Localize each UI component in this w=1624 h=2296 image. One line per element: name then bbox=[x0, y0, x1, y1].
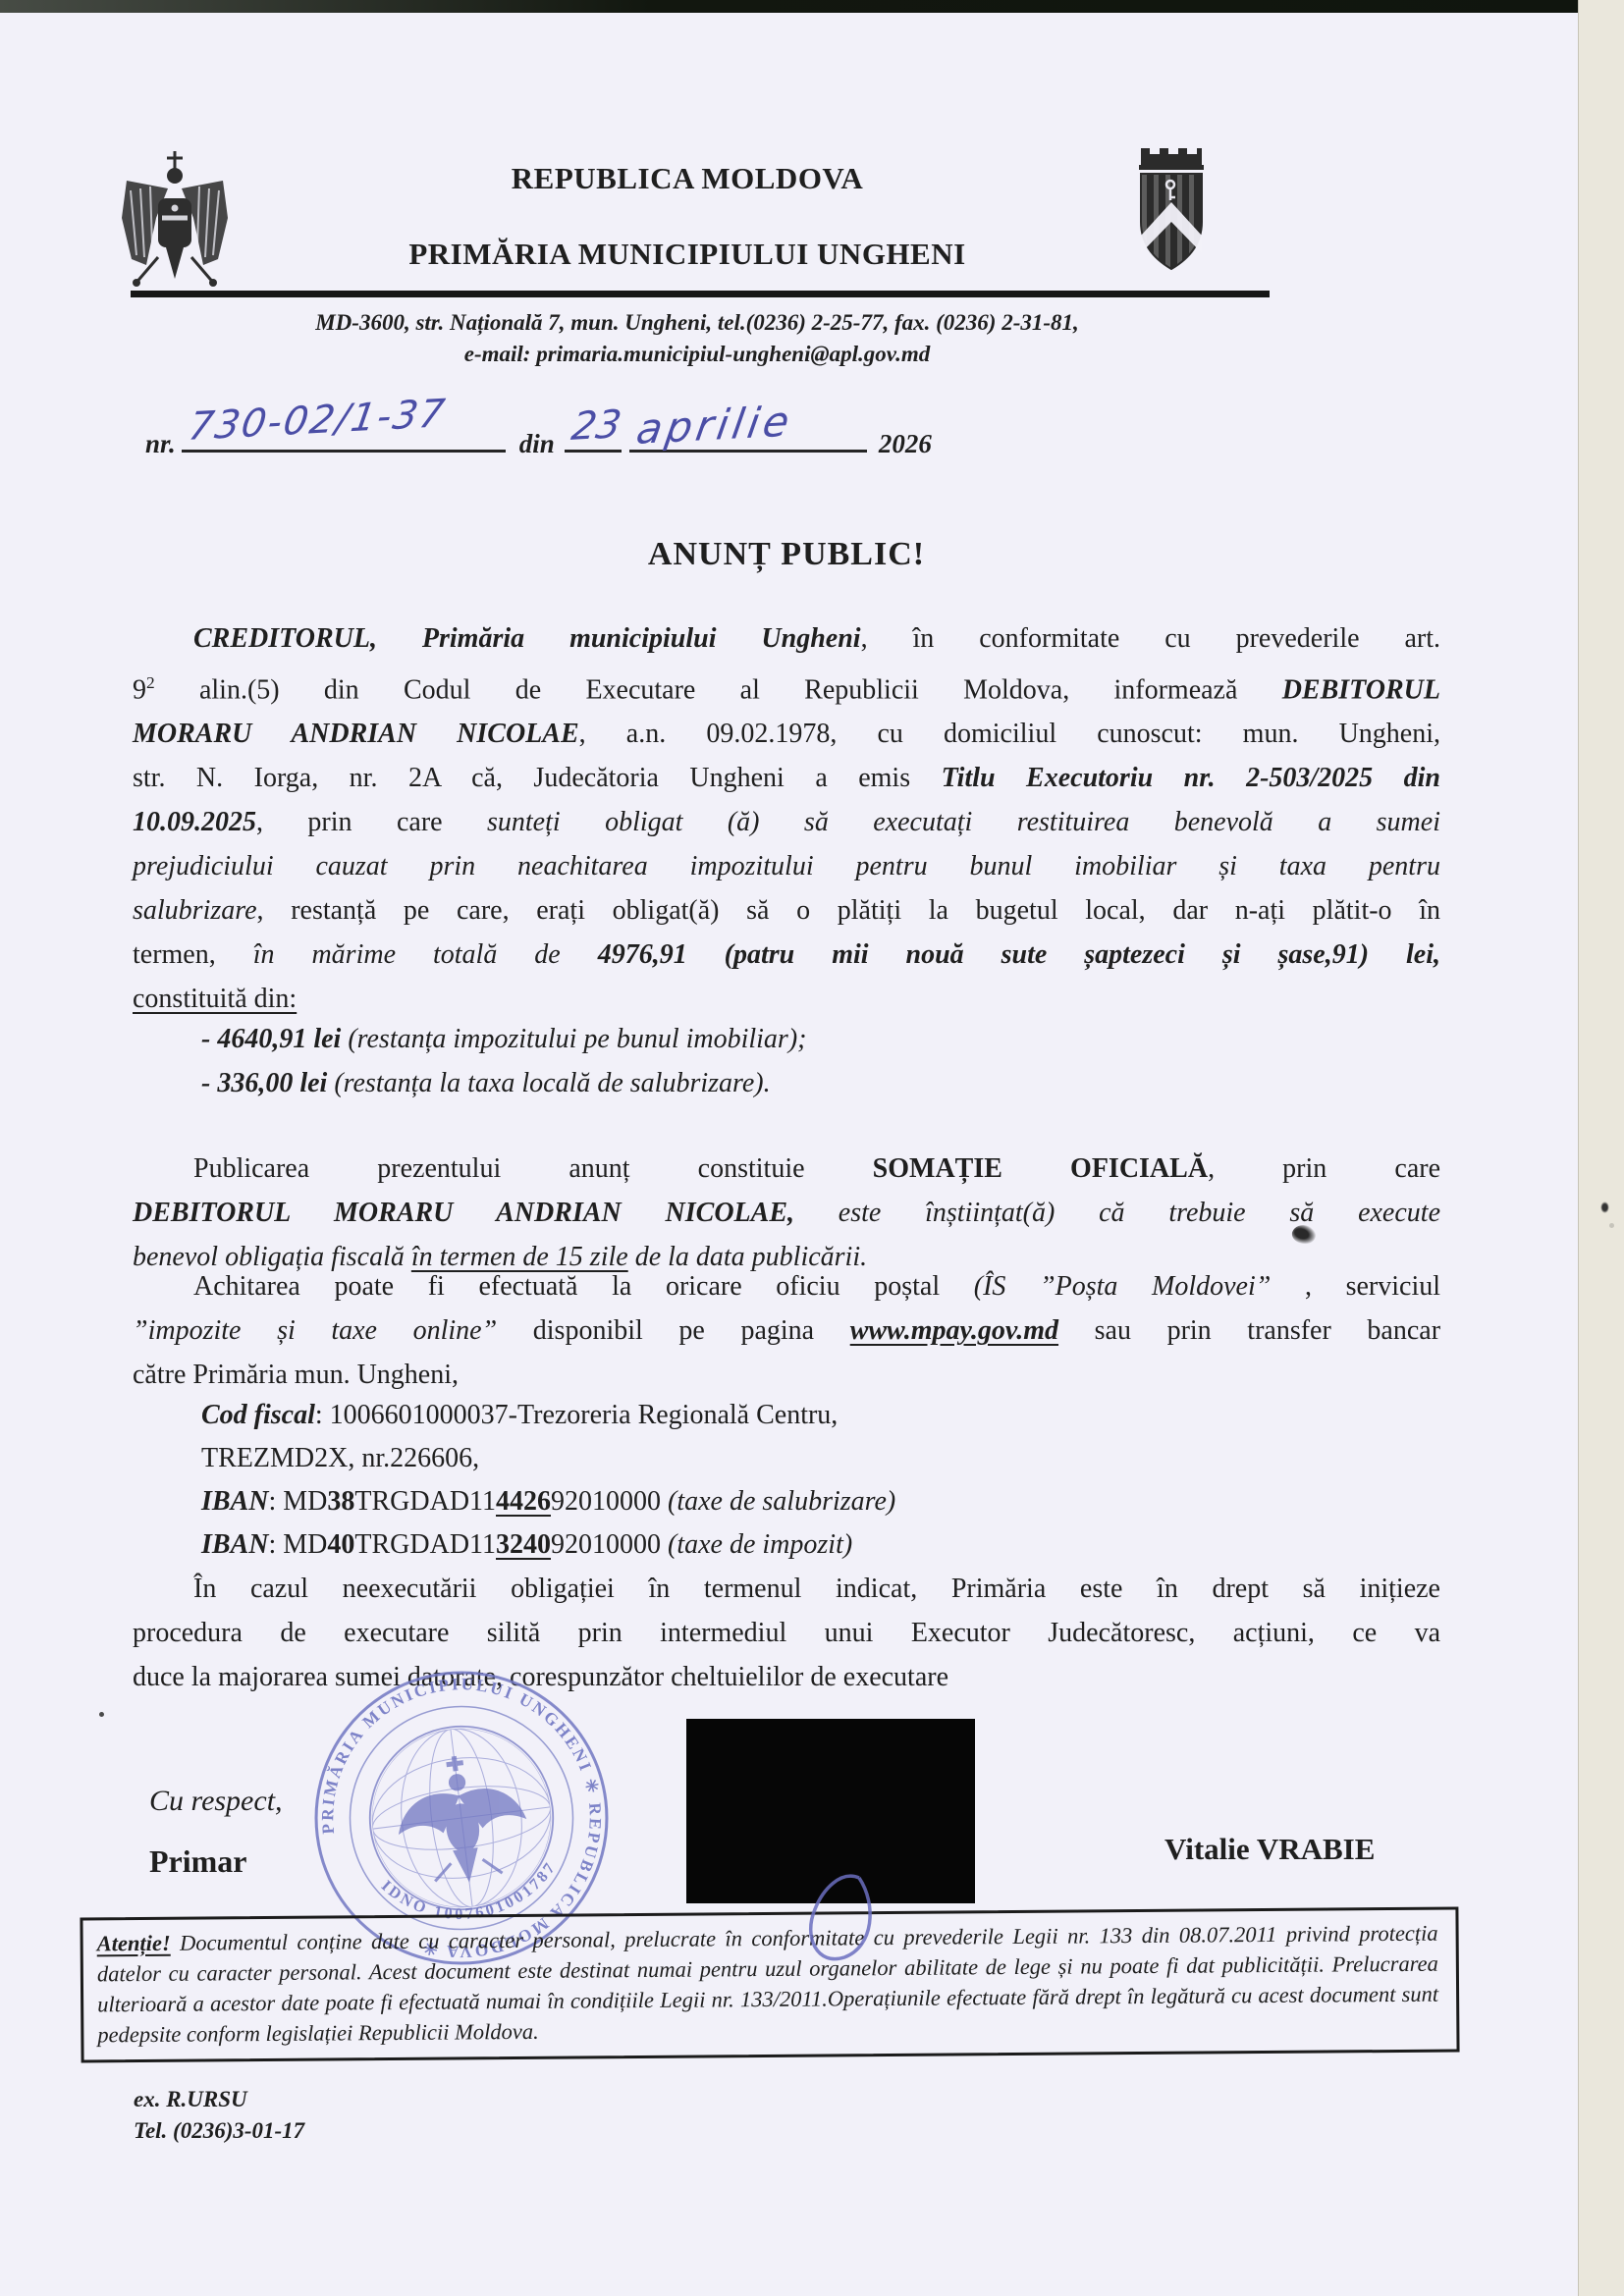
text-line: 10.09.2025, prin care sunteți obligat (ă… bbox=[133, 800, 1440, 844]
handwritten-day: 23 bbox=[568, 402, 624, 450]
text-line: IBAN: MD40TRGDAD11324092010000 (taxe de … bbox=[201, 1523, 1438, 1567]
letterhead: REPUBLICA MOLDOVA PRIMĂRIA MUNICIPIULUI … bbox=[236, 161, 1139, 272]
nr-blank-underline: 730-02/1-37 bbox=[182, 412, 506, 453]
text-line: salubrizare, restanță pe care, erați obl… bbox=[133, 888, 1440, 933]
text-line: DEBITORUL MORARU ANDRIAN NICOLAE, este î… bbox=[133, 1191, 1440, 1235]
edge-ink-speck-small bbox=[1609, 1223, 1614, 1228]
notice-label: Atenție! bbox=[97, 1931, 171, 1956]
text-line: str. N. Iorga, nr. 2A că, Judecătoria Un… bbox=[133, 756, 1440, 800]
stamp-eagle bbox=[391, 1749, 532, 1890]
scan-stray-dot bbox=[99, 1712, 104, 1717]
paragraph-creditor: CREDITORUL, Primăria municipiului Unghen… bbox=[133, 616, 1440, 1021]
text-line: termen, în mărime totală de 4976,91 (pat… bbox=[133, 933, 1440, 977]
contact-phone: Tel. (0236)3-01-17 bbox=[134, 2118, 304, 2144]
prepared-by: ex. R.URSU bbox=[134, 2087, 247, 2112]
scan-top-edge-artifact bbox=[0, 0, 1624, 13]
text-line: procedura de executare silită prin inter… bbox=[133, 1611, 1440, 1655]
day-blank-underline: 23 bbox=[565, 412, 622, 453]
contact-block: MD-3600, str. Națională 7, mun. Ungheni,… bbox=[147, 307, 1247, 370]
address-line: MD-3600, str. Națională 7, mun. Ungheni,… bbox=[147, 307, 1247, 339]
text-line: CREDITORUL, Primăria municipiului Unghen… bbox=[133, 616, 1440, 661]
text-line: TREZMD2X, nr.226606, bbox=[201, 1437, 1438, 1480]
text-line: prejudiciului cauzat prin neachitarea im… bbox=[133, 844, 1440, 888]
email-line: e-mail: primaria.municipiul-ungheni@apl.… bbox=[147, 339, 1247, 370]
header-divider bbox=[131, 291, 1270, 297]
reference-line: nr.730-02/1-37din23aprilie2026 bbox=[145, 412, 932, 459]
text-line: - 4640,91 lei (restanța impozitului pe b… bbox=[201, 1017, 1438, 1061]
personal-data-notice-box: Atenție! Documentul conține date cu cara… bbox=[80, 1906, 1459, 2062]
text-line: ”impozite și taxe online” disponibil pe … bbox=[133, 1308, 1440, 1353]
document-title: ANUNȚ PUBLIC! bbox=[133, 536, 1440, 573]
text-line: MORARU ANDRIAN NICOLAE, a.n. 09.02.1978,… bbox=[133, 712, 1440, 756]
text-line: Publicarea prezentului anunț constituie … bbox=[133, 1147, 1440, 1191]
scan-right-edge-strip bbox=[1578, 0, 1624, 2296]
text-line: constituită din: bbox=[133, 977, 1440, 1021]
din-label: din bbox=[519, 429, 555, 459]
ungheni-coat-of-arms-icon bbox=[1135, 143, 1208, 273]
text-line: către Primăria mun. Ungheni, bbox=[133, 1353, 1440, 1397]
nr-label: nr. bbox=[145, 429, 176, 459]
paragraph-enforcement: În cazul neexecutării obligației în term… bbox=[133, 1567, 1440, 1699]
debt-breakdown-list: - 4640,91 lei (restanța impozitului pe b… bbox=[201, 1017, 1438, 1105]
notice-text: Documentul conține date cu caracter pers… bbox=[97, 1921, 1438, 2048]
bank-details-block: Cod fiscal: 1006601000037-Trezoreria Reg… bbox=[201, 1394, 1438, 1567]
pen-stroke-loop bbox=[776, 1860, 893, 1988]
text-line: Achitarea poate fi efectuată la oricare … bbox=[133, 1264, 1440, 1308]
paragraph-somatie: Publicarea prezentului anunț constituie … bbox=[133, 1147, 1440, 1279]
year-label: 2026 bbox=[879, 429, 932, 459]
text-line: - 336,00 lei (restanța la taxa locală de… bbox=[201, 1061, 1438, 1105]
paragraph-payment: Achitarea poate fi efectuată la oricare … bbox=[133, 1264, 1440, 1397]
month-blank-underline: aprilie bbox=[629, 412, 867, 453]
signature-closing: Cu respect, bbox=[149, 1785, 283, 1818]
text-line: Cod fiscal: 1006601000037-Trezoreria Reg… bbox=[201, 1394, 1438, 1437]
text-line: În cazul neexecutării obligației în term… bbox=[133, 1567, 1440, 1611]
handwritten-reference-number: 730-02/1-37 bbox=[186, 392, 450, 450]
scanned-document-page: REPUBLICA MOLDOVA PRIMĂRIA MUNICIPIULUI … bbox=[0, 0, 1624, 2296]
header-institution: PRIMĂRIA MUNICIPIULUI UNGHENI bbox=[236, 237, 1139, 272]
signature-name: Vitalie VRABIE bbox=[1164, 1832, 1375, 1867]
signature-role: Primar bbox=[149, 1843, 247, 1880]
moldova-coat-of-arms-icon bbox=[116, 147, 234, 294]
header-country: REPUBLICA MOLDOVA bbox=[236, 161, 1139, 196]
text-line: IBAN: MD38TRGDAD11442692010000 (taxe de … bbox=[201, 1480, 1438, 1523]
edge-ink-speck bbox=[1600, 1201, 1609, 1213]
handwritten-month: aprilie bbox=[633, 397, 796, 454]
text-line: 92 alin.(5) din Codul de Executare al Re… bbox=[133, 661, 1440, 712]
